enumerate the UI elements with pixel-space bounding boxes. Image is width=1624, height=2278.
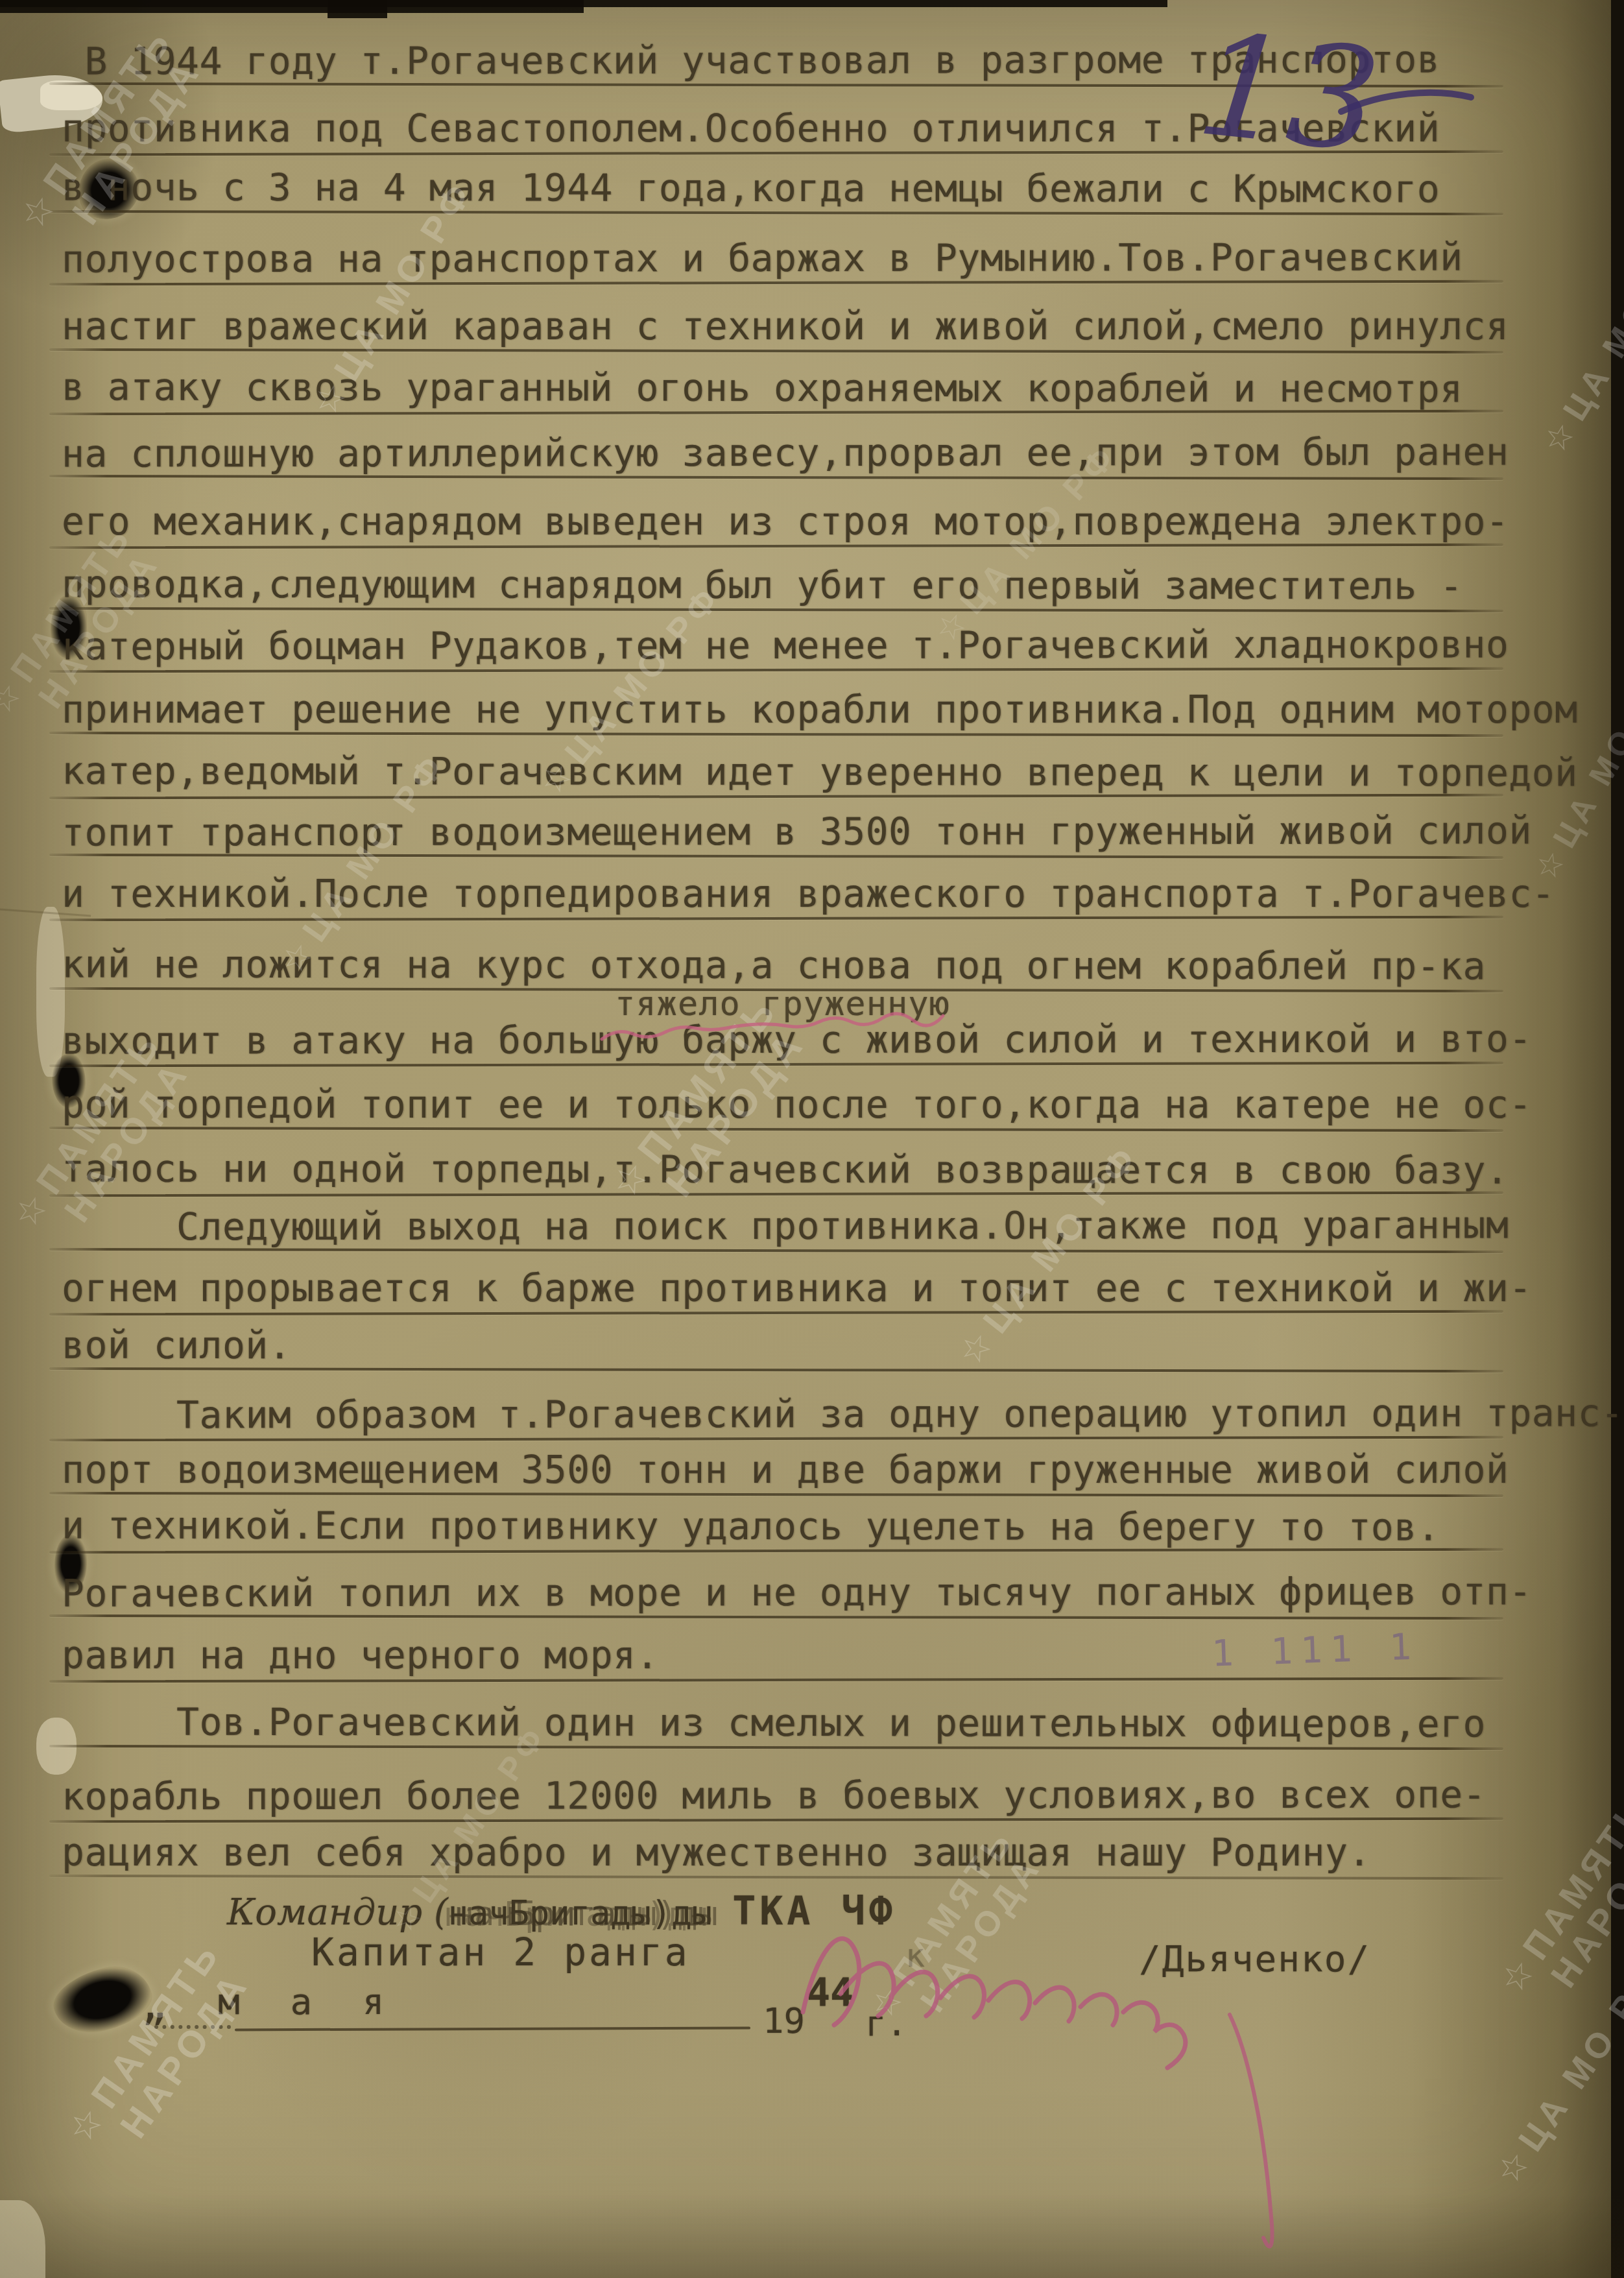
typed-line: рой торпедой топит ее и только после тог… xyxy=(62,1083,1532,1127)
typed-signature-name: /Дьяченко/ xyxy=(1139,1938,1370,1980)
date-dotted-line xyxy=(154,2025,231,2029)
ruled-underline xyxy=(49,410,1503,416)
ruled-underline xyxy=(49,1248,1503,1253)
commander-unit: ТКА ЧФ xyxy=(732,1889,896,1934)
ruled-underline xyxy=(49,1614,1503,1620)
typed-line: талось ни одной торпеды,т.Рогачевский во… xyxy=(62,1146,1509,1192)
ruled-underline xyxy=(49,854,1503,859)
ruled-underline xyxy=(49,794,1503,800)
rank-line: Капитан 2 ранга xyxy=(311,1930,690,1974)
typed-insert: тяжело груженную xyxy=(615,985,950,1024)
ruled-underline xyxy=(49,475,1503,480)
typed-line: кий не ложится на курс отхода,а снова по… xyxy=(62,942,1486,988)
typed-line: Тов.Рогачевский один из смелых и решител… xyxy=(62,1699,1486,1745)
watermark-text: ЦА МО РФ xyxy=(1511,1955,1624,2159)
pencil-tally-marks: 1 111 1 xyxy=(1211,1625,1420,1675)
scan-edge xyxy=(328,0,387,18)
ruled-underline xyxy=(49,732,1503,737)
star-icon: ☆ xyxy=(0,675,30,723)
typed-line: равил на дно черного моря. xyxy=(62,1633,659,1677)
handwritten-page-number: 13 xyxy=(1191,3,1387,185)
typed-line: катерный боцман Рудаков,тем не менее т.Р… xyxy=(62,622,1509,668)
date-open-quote: „ xyxy=(141,1980,167,2030)
typed-line: настиг вражеский караван с техникой и жи… xyxy=(62,304,1509,348)
ruled-underline xyxy=(49,916,1503,922)
date-rule-line xyxy=(235,2027,750,2032)
star-icon: ☆ xyxy=(4,1186,56,1236)
ruled-underline xyxy=(49,1127,1503,1132)
ruled-underline xyxy=(49,1875,1503,1880)
typed-line: принимает решение не упустить корабли пр… xyxy=(62,688,1578,732)
star-icon: ☆ xyxy=(1490,1951,1542,2001)
watermark-tsamo: ☆ЦА МО РФ xyxy=(1488,1956,1624,2192)
ruled-underline xyxy=(49,1367,1503,1373)
year-printed: 19 xyxy=(763,2000,805,2041)
typed-line: полуострова на транспортах и баржах в Ру… xyxy=(62,235,1463,281)
typed-line: выходит в атаку на большую баржу с живой… xyxy=(62,1016,1532,1062)
watermark-memory-naroda: ☆ПАМЯТЬНАРОДА xyxy=(1492,1790,1624,2024)
star-icon: ☆ xyxy=(1488,2144,1538,2192)
typed-line: порт водоизмещением 3500 тонн и две барж… xyxy=(62,1448,1509,1492)
typed-line: и техникой.Если противнику удалось уцеле… xyxy=(62,1504,1440,1550)
typed-line: рациях вел себя храбро и мужественно защ… xyxy=(62,1830,1371,1875)
ruled-underline xyxy=(49,1192,1503,1197)
ruled-underline xyxy=(49,607,1503,612)
bottom-shadow xyxy=(0,2194,1624,2278)
typed-line: и техникой.После торпедирования вражеско… xyxy=(62,872,1555,916)
commander-title-line: Командир (начБригады)ды ТКА ЧФ xyxy=(227,1889,896,1934)
ruled-underline xyxy=(49,1677,1503,1683)
ruled-underline xyxy=(49,544,1503,549)
year-typed: 44 xyxy=(807,1971,854,2016)
ruled-underline xyxy=(49,348,1503,354)
typed-line: Следующий выход на поиск противника.Он,т… xyxy=(62,1203,1509,1249)
scan-edge xyxy=(1611,0,1624,2278)
torn-paper-patch xyxy=(36,907,65,1077)
ruled-underline xyxy=(49,210,1503,215)
watermark-text: ПАМЯТЬ xyxy=(1514,1790,1624,1967)
typed-line: его механик,снарядом выведен из строя мо… xyxy=(62,499,1509,544)
typed-line: проводка,следующим снарядом был убит его… xyxy=(62,562,1463,608)
typed-line: вой силой. xyxy=(62,1323,291,1367)
typed-line: корабль прошел более 12000 миль в боевых… xyxy=(62,1772,1486,1818)
commander-prefix: Командир ( xyxy=(227,1891,448,1934)
star-icon: ☆ xyxy=(1535,415,1583,461)
scan-edge xyxy=(0,0,584,13)
signature-scribble xyxy=(803,1939,1186,2068)
typed-line: Рогачевский топил их в море и не одну ты… xyxy=(62,1569,1532,1615)
typed-line: в ночь с 3 на 4 мая 1944 года,когда немц… xyxy=(62,165,1440,211)
date-month: м а я xyxy=(218,1981,399,2023)
document-page: В 1944 году т.Рогачевский участвовал в р… xyxy=(0,0,1624,2278)
torn-paper-patch xyxy=(0,2200,45,2278)
ruled-underline xyxy=(49,1548,1503,1554)
ruled-underline xyxy=(49,1310,1503,1316)
signature-tail xyxy=(1230,2015,1272,2246)
watermark-memory-naroda: ☆ПАМЯТЬНАРОДА xyxy=(60,1934,262,2174)
ruled-underline xyxy=(49,1492,1503,1497)
star-icon: ☆ xyxy=(949,1323,1001,1373)
star-icon: ☆ xyxy=(58,2099,112,2151)
typed-line: Таким образом т.Рогачевский за одну опер… xyxy=(62,1391,1624,1437)
commander-overstruck-text: начБригады)ды xyxy=(448,1894,712,1933)
typed-line: на сплошную артиллерийскую завесу,прорва… xyxy=(62,429,1509,475)
stray-typed-mark: к xyxy=(905,1937,925,1974)
typed-line: катер,ведомый т.Рогачевским идет уверенн… xyxy=(62,749,1578,795)
typed-line: огнем прорывается к барже противника и т… xyxy=(62,1266,1532,1310)
ruled-underline xyxy=(49,1745,1503,1750)
typed-line: в атаку сквозь ураганный огонь охраняемы… xyxy=(62,365,1463,411)
year-suffix: г. xyxy=(865,2003,907,2044)
typed-line: топит транспорт водоизмещением в 3500 то… xyxy=(62,808,1532,854)
